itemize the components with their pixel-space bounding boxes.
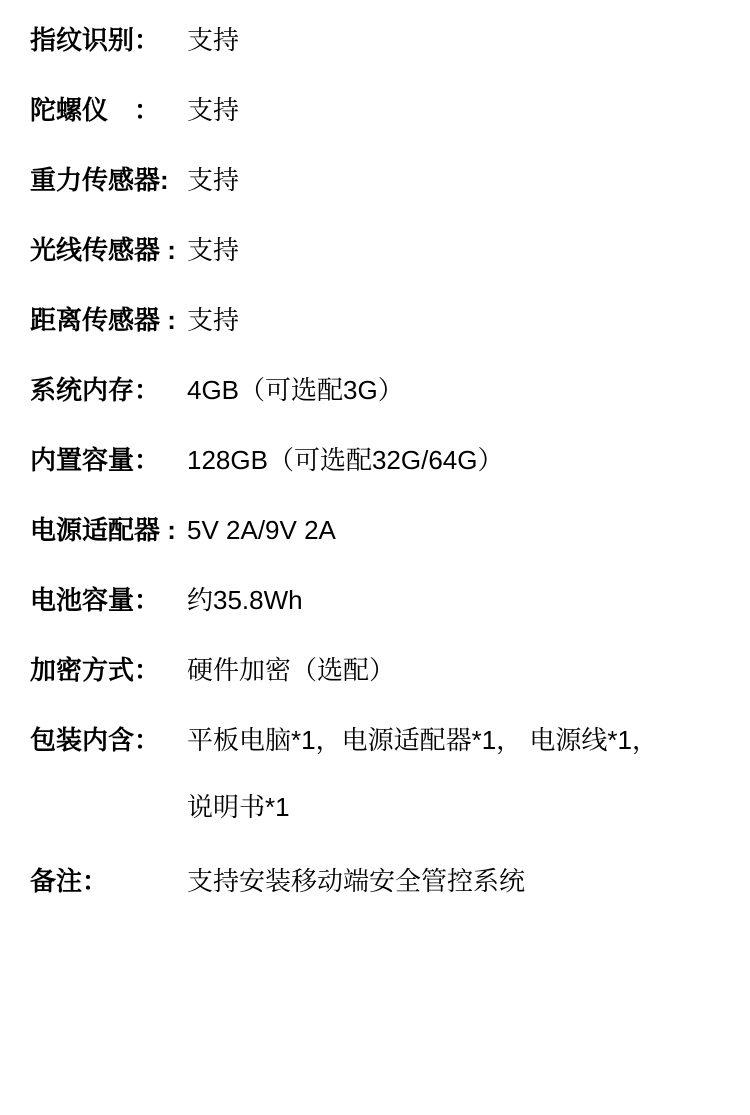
spec-value: 支持: [187, 96, 707, 124]
spec-label: 距离传感器 :: [30, 306, 187, 334]
spec-label: 重力传感器:: [30, 166, 187, 194]
spec-value: 支持安装移动端安全管控系统: [187, 867, 707, 895]
spec-label: 电源适配器 :: [30, 516, 187, 544]
spec-value: 4GB（可选配3G）: [187, 376, 707, 404]
spec-label: 加密方式：: [30, 656, 187, 684]
spec-row-system-memory: 系统内存： 4GB（可选配3G）: [30, 376, 720, 404]
spec-row-gyroscope: 陀螺仪 ： 支持: [30, 96, 720, 124]
spec-value: 支持: [187, 306, 707, 334]
spec-value: 平板电脑*1，电源适配器*1， 电源线*1， 说明书*1: [187, 726, 707, 821]
spec-row-light-sensor: 光线传感器 : 支持: [30, 236, 720, 264]
spec-label: 包装内含：: [30, 726, 187, 754]
spec-value-line-1: 平板电脑*1，电源适配器*1， 电源线*1，: [187, 726, 707, 754]
spec-row-gravity-sensor: 重力传感器: 支持: [30, 166, 720, 194]
spec-row-remarks: 备注： 支持安装移动端安全管控系统: [30, 867, 720, 895]
spec-label: 系统内存：: [30, 376, 187, 404]
spec-label: 备注：: [30, 867, 187, 895]
spec-row-encryption: 加密方式： 硬件加密（选配）: [30, 656, 720, 684]
spec-label: 指纹识别：: [30, 26, 187, 54]
spec-value: 支持: [187, 26, 707, 54]
spec-value: 硬件加密（选配）: [187, 656, 707, 684]
spec-row-power-adapter: 电源适配器 : 5V 2A/9V 2A: [30, 516, 720, 544]
spec-row-storage: 内置容量： 128GB（可选配32G/64G）: [30, 446, 720, 474]
spec-value: 支持: [187, 236, 707, 264]
spec-label: 光线传感器 :: [30, 236, 187, 264]
spec-label: 电池容量：: [30, 586, 187, 614]
spec-row-package-contents: 包装内含： 平板电脑*1，电源适配器*1， 电源线*1， 说明书*1: [30, 726, 720, 821]
spec-row-fingerprint: 指纹识别： 支持: [30, 26, 720, 54]
spec-value: 128GB（可选配32G/64G）: [187, 446, 707, 474]
spec-value: 约35.8Wh: [187, 586, 707, 614]
spec-label: 内置容量：: [30, 446, 187, 474]
spec-label: 陀螺仪 ：: [30, 96, 187, 124]
spec-value: 支持: [187, 166, 707, 194]
spec-row-battery-capacity: 电池容量： 约35.8Wh: [30, 586, 720, 614]
spec-value: 5V 2A/9V 2A: [187, 516, 707, 544]
spec-list: 指纹识别： 支持 陀螺仪 ： 支持 重力传感器: 支持 光线传感器 : 支持 距…: [0, 0, 750, 895]
spec-value-line-2: 说明书*1: [187, 793, 707, 821]
spec-row-proximity-sensor: 距离传感器 : 支持: [30, 306, 720, 334]
